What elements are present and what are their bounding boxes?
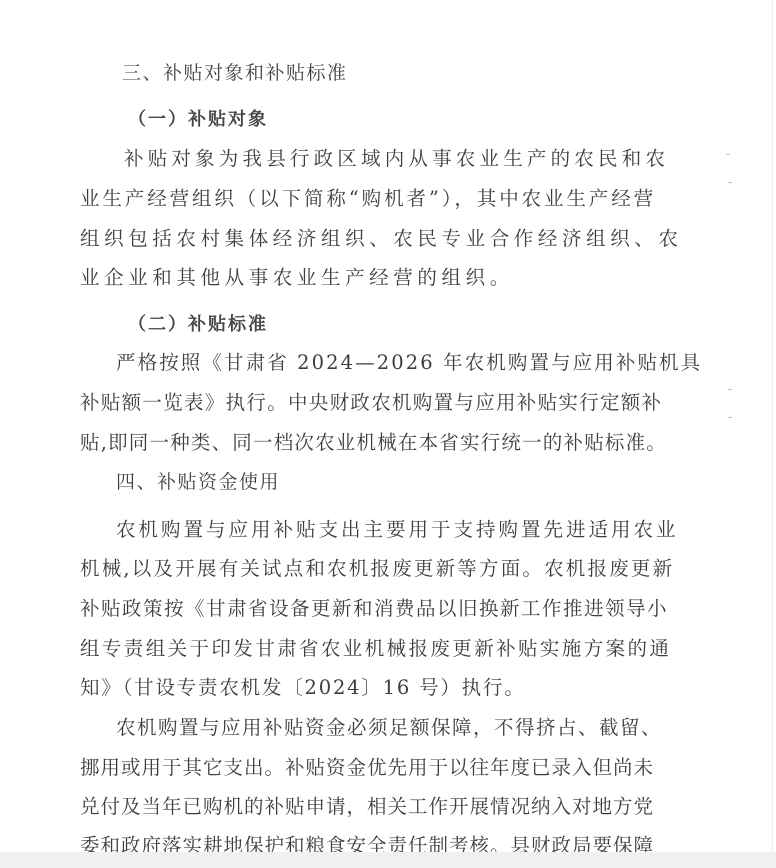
paragraph-line: 严格按照《甘肃省 2024—2026 年农机购置与应用补贴机具: [116, 351, 702, 375]
document-page: 三、补贴对象和补贴标准 （一）补贴对象 补贴对象为我县行政区域内从事农业生产的农…: [0, 0, 773, 852]
paragraph-line: 农机购置与应用补贴资金必须足额保障，不得挤占、截留、: [116, 716, 662, 740]
scan-speck: [728, 182, 732, 183]
paragraph-line: 兑付及当年已购机的补贴申请，相关工作开展情况纳入对地方党: [80, 795, 654, 819]
subsection-heading-2: （二）补贴标准: [128, 313, 268, 337]
paragraph-line: 补贴对象为我县行政区域内从事农业生产的农民和农: [124, 147, 669, 171]
paragraph-line: 挪用或用于其它支出。补贴资金优先用于以往年度已录入但尚未: [80, 756, 654, 780]
scan-speck: [726, 154, 730, 155]
paragraph-line: 机械,以及开展有关试点和农机报废更新等方面。农机报废更新: [80, 557, 674, 581]
scan-speck: [728, 417, 732, 418]
scan-speck: [728, 389, 732, 390]
section-heading-3: 三、补贴对象和补贴标准: [122, 61, 348, 85]
section-heading-4: 四、补贴资金使用: [116, 470, 280, 494]
paragraph-line: 业生产经营组织（以下简称“购机者”），其中农业生产经营: [80, 187, 656, 211]
subsection-heading-1: （一）补贴对象: [128, 108, 268, 132]
viewer-bottom-bar: [0, 852, 776, 868]
paragraph-line: 贴,即同一种类、同一档次农业机械在本省实行统一的补贴标准。: [80, 431, 667, 455]
paragraph-line: 农机购置与应用补贴支出主要用于支持购置先进适用农业: [116, 518, 679, 542]
paragraph-line: 组专责组关于印发甘肃省农业机械报废更新补贴实施方案的通: [80, 637, 671, 661]
paragraph-line: 组织包括农村集体经济组织、农民专业合作经济组织、农: [80, 227, 683, 251]
paragraph-line: 补贴政策按《甘肃省设备更新和消费品以旧换新工作推进领导小: [80, 597, 668, 621]
paragraph-line: 业企业和其他从事农业生产经营的组织。: [80, 266, 514, 290]
paragraph-line: 知》（甘设专责农机发〔2024〕16 号）执行。: [80, 676, 526, 700]
paragraph-line: 补贴额一览表》执行。中央财政农机购置与应用补贴实行定额补: [80, 391, 662, 415]
